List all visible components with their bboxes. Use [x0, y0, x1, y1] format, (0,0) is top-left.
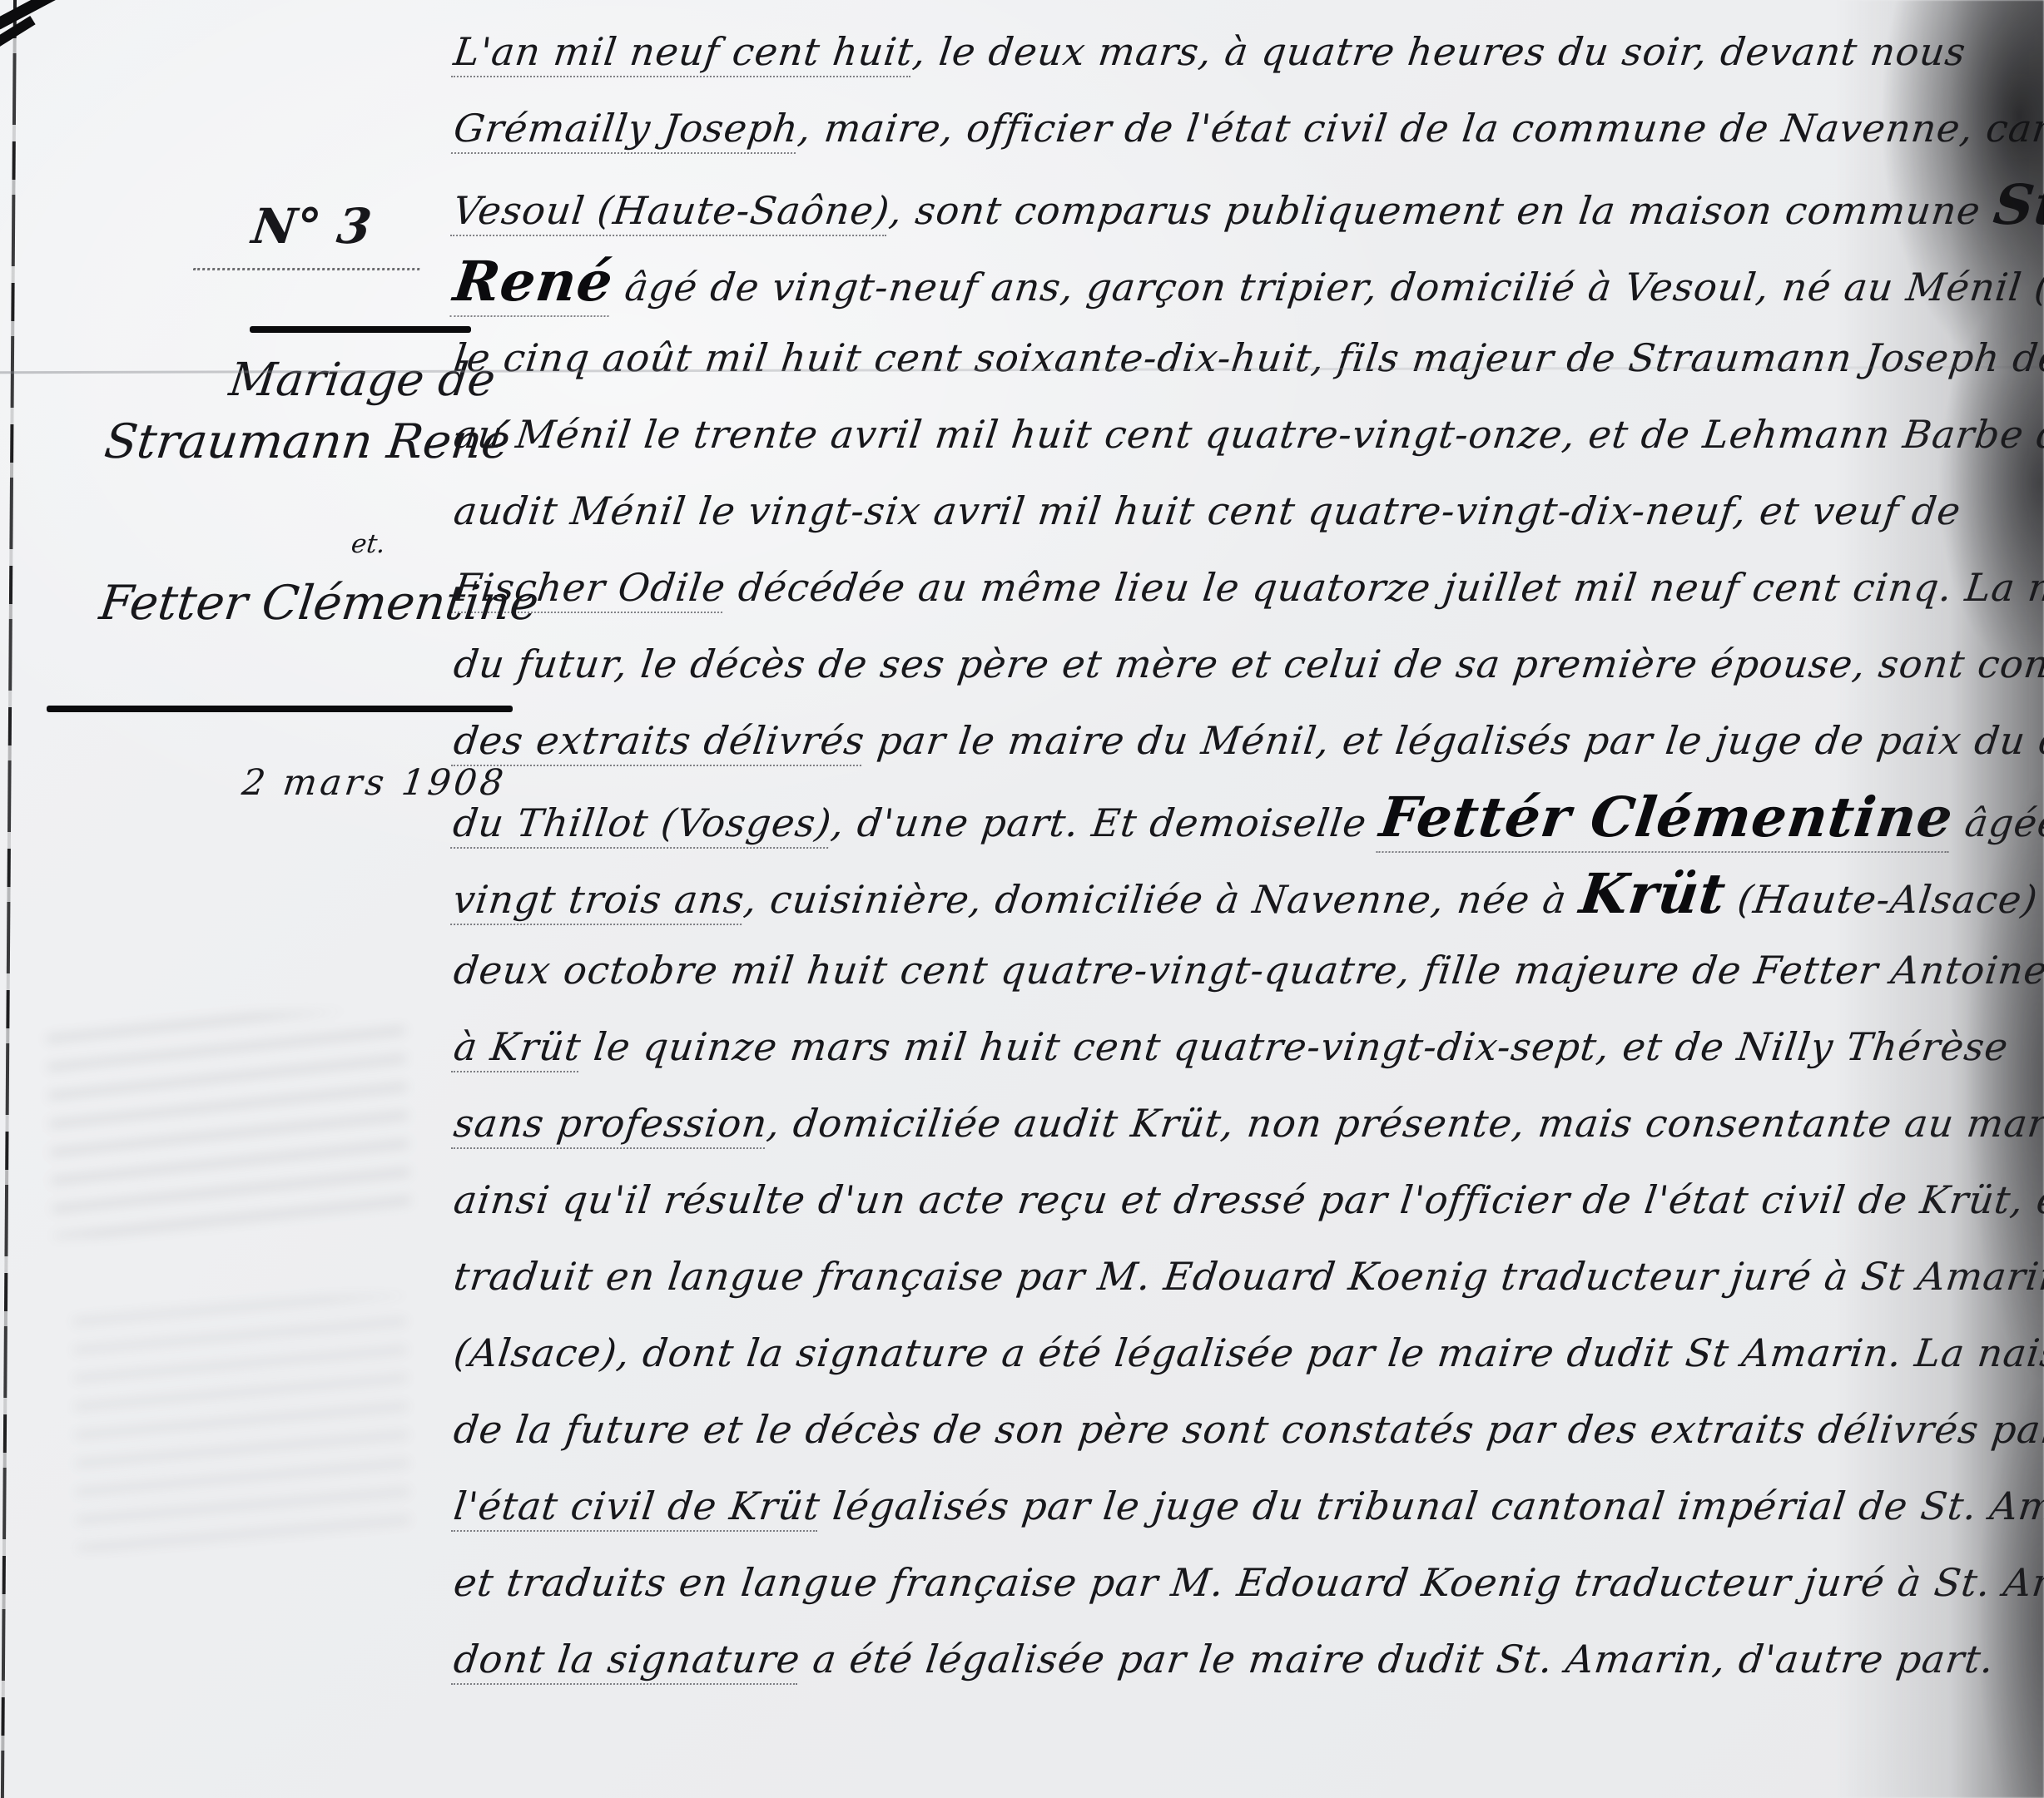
ink-bleedthrough — [47, 1009, 412, 1238]
manuscript-line: du futur, le décès de ses père et mère e… — [449, 626, 2044, 702]
manuscript-line: de la future et le décès de son père son… — [449, 1391, 2044, 1468]
handwritten-text: âgé de vingt-neuf ans, garçon tripier, d… — [609, 265, 2044, 310]
handwritten-text: , d'une part. Et demoiselle — [829, 800, 1382, 845]
handwritten-text: Fischer Odile — [451, 565, 728, 613]
handwritten-text: légalisés par le juge du tribunal canton… — [817, 1483, 2044, 1528]
manuscript-line: vingt trois ans, cuisinière, domiciliée … — [449, 855, 2044, 932]
handwritten-text: vingt trois ans — [450, 877, 747, 925]
manuscript-line: et traduits en langue française par M. E… — [449, 1544, 2044, 1621]
emphasized-name: Fettér Clémentine — [1376, 785, 1957, 853]
emphasized-name: Krüt — [1576, 861, 1729, 926]
manuscript-line: Vesoul (Haute-Saône), sont comparus publ… — [449, 166, 2044, 243]
margin-divider-rule — [47, 706, 513, 712]
manuscript-line: dont la signature a été légalisée par le… — [449, 1621, 2044, 1697]
margin-title-connector: et. — [350, 529, 387, 559]
handwritten-text: , domiciliée audit Krüt, non présente, m… — [765, 1101, 2044, 1146]
manuscript-line: traduit en langue française par M. Edoua… — [449, 1238, 2044, 1315]
manuscript-line: ainsi qu'il résulte d'un acte reçu et dr… — [449, 1162, 2044, 1238]
handwritten-text: par le maire du Ménil, et légalisés par … — [862, 718, 2044, 763]
margin-divider-rule — [250, 326, 471, 333]
handwritten-text: âgée de — [1949, 800, 2044, 845]
handwritten-text: Grémailly Joseph — [451, 106, 801, 154]
manuscript-line: (Alsace), dont la signature a été légali… — [449, 1315, 2044, 1391]
handwritten-text: de la future et le décès de son père son… — [451, 1407, 2044, 1452]
handwritten-text: (Alsace), dont la signature a été légali… — [451, 1330, 2044, 1375]
handwritten-text: du futur, le décès de ses père et mère e… — [451, 641, 2044, 686]
handwritten-text: et traduits en langue française par M. E… — [451, 1560, 2044, 1605]
handwritten-text: audit Ménil le vingt-six avril mil huit … — [451, 488, 1963, 533]
manuscript-line: audit Ménil le vingt-six avril mil huit … — [449, 473, 2044, 549]
handwritten-text: , sont comparus publiquement en la maiso… — [887, 188, 1997, 233]
manuscript-line: deux octobre mil huit cent quatre-vingt-… — [449, 932, 2044, 1008]
handwritten-text: , le deux mars, à quatre heures du soir,… — [910, 29, 1968, 74]
manuscript-lines: L'an mil neuf cent huit, le deux mars, à… — [449, 13, 2044, 1786]
handwritten-text: le quinze mars mil huit cent quatre-ving… — [578, 1024, 2012, 1069]
handwritten-text: dont la signature — [451, 1637, 803, 1685]
handwritten-text: des extraits délivrés — [451, 718, 867, 766]
scanned-marriage-record-page: N° 3 Mariage de Straumann René et. Fette… — [0, 0, 2044, 1798]
manuscript-line: Fischer Odile décédée au même lieu le qu… — [449, 549, 2044, 626]
handwritten-text: le cinq août mil huit cent soixante-dix-… — [451, 335, 2044, 380]
manuscript-line: du Thillot (Vosges), d'une part. Et demo… — [449, 779, 2044, 855]
act-number: N° 3 — [193, 198, 429, 270]
handwritten-text: ainsi qu'il résulte d'un acte reçu et dr… — [451, 1177, 2044, 1222]
manuscript-line: sans profession, domiciliée audit Krüt, … — [449, 1085, 2044, 1162]
handwritten-text: du Thillot (Vosges) — [450, 800, 835, 849]
manuscript-line: au Ménil le trente avril mil huit cent q… — [449, 396, 2044, 473]
manuscript-line: des extraits délivrés par le maire du Mé… — [449, 702, 2044, 779]
manuscript-line: à Krüt le quinze mars mil huit cent quat… — [449, 1008, 2044, 1085]
handwritten-text: , cuisinière, domiciliée à Navenne, née … — [742, 877, 1582, 922]
emphasized-name: René — [449, 249, 617, 317]
handwritten-text: à Krüt — [451, 1024, 584, 1072]
manuscript-line: l'état civil de Krüt légalisés par le ju… — [449, 1468, 2044, 1544]
handwritten-text: deux octobre mil huit cent quatre-vingt-… — [451, 948, 2044, 993]
handwritten-text: a été légalisée par le maire dudit St. A… — [797, 1637, 1997, 1682]
emphasized-name: Straumann — [1990, 172, 2044, 237]
handwritten-text: au Ménil le trente avril mil huit cent q… — [451, 412, 2044, 457]
handwritten-text: Vesoul (Haute-Saône) — [450, 188, 892, 236]
manuscript-line: L'an mil neuf cent huit, le deux mars, à… — [449, 13, 2044, 90]
handwritten-text: L'an mil neuf cent huit — [451, 29, 916, 77]
handwritten-text: décédée au même lieu le quatorze juillet… — [723, 565, 2044, 610]
handwritten-text: traduit en langue française par M. Edoua… — [451, 1254, 2044, 1299]
handwritten-text: l'état civil de Krüt — [451, 1483, 823, 1532]
manuscript-line: René âgé de vingt-neuf ans, garçon tripi… — [449, 243, 2044, 319]
handwritten-text: (Haute-Alsace) le vingt — [1722, 877, 2044, 922]
manuscript-line: le cinq août mil huit cent soixante-dix-… — [449, 319, 2044, 396]
handwritten-text: , maire, officier de l'état civil de la … — [796, 106, 2044, 151]
manuscript-line: Grémailly Joseph, maire, officier de l'é… — [449, 90, 2044, 166]
scanner-edge-line — [1, 0, 17, 1798]
ink-bleedthrough — [72, 1295, 409, 1551]
handwritten-text: sans profession — [451, 1101, 771, 1149]
